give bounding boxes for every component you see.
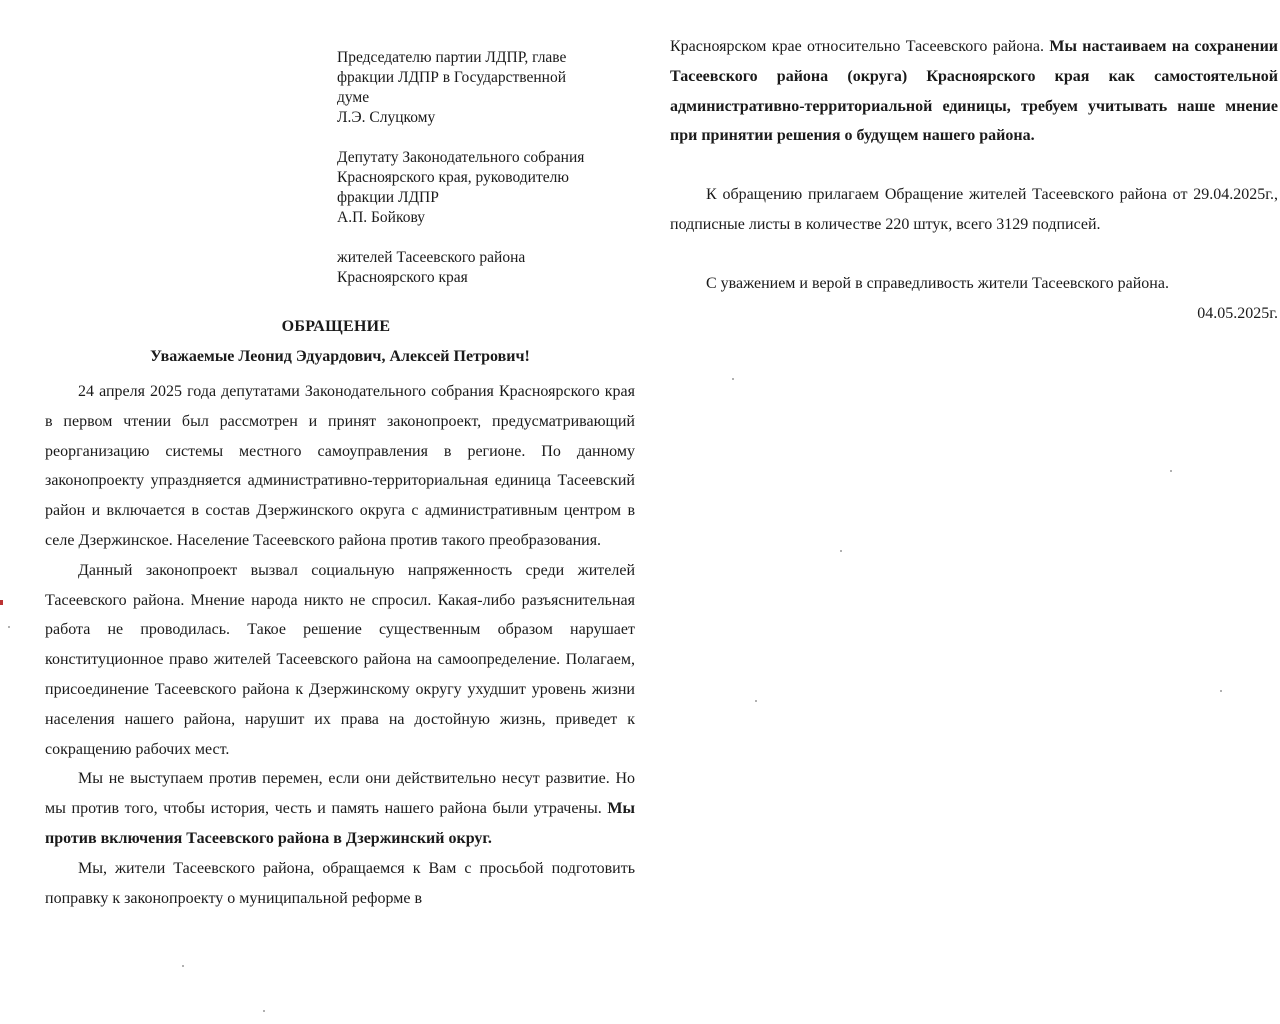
paragraph-4: Мы, жители Тасеевского района, обращаемс… [45, 854, 635, 914]
sender: жителей Тасеевского района Красноярского… [337, 248, 637, 288]
scan-speck [8, 626, 10, 628]
paragraph-1: 24 апреля 2025 года депутатами Законодат… [45, 377, 635, 556]
paragraph-3: Мы не выступаем против перемен, если они… [45, 764, 635, 853]
salutation: Уважаемые Леонид Эдуардович, Алексей Пет… [0, 348, 680, 366]
paragraph-3-text: Мы не выступаем против перемен, если они… [45, 770, 635, 817]
letter-body-left: 24 апреля 2025 года депутатами Законодат… [45, 377, 635, 913]
attachment-paragraph: К обращению прилагаем Обращение жителей … [670, 180, 1278, 240]
addressee-line: Председателю партии ЛДПР, главе [337, 48, 637, 68]
right-page: Красноярском крае относительно Тасеевско… [650, 0, 1280, 1024]
closing-line: С уважением и верой в справедливость жит… [670, 269, 1278, 299]
addressee-line: Л.Э. Слуцкому [337, 108, 637, 128]
left-page: Председателю партии ЛДПР, главе фракции … [0, 0, 650, 1024]
scan-speck [840, 550, 842, 552]
continuation-text: Красноярском крае относительно Тасеевско… [670, 38, 1049, 55]
sender-line: жителей Тасеевского района [337, 248, 637, 268]
recipient-boykov: Депутату Законодательного собрания Красн… [337, 148, 637, 228]
scan-mark [0, 600, 3, 605]
scan-speck [1220, 690, 1222, 692]
addressee-line: А.П. Бойкову [337, 208, 637, 228]
sender-line: Красноярского края [337, 268, 637, 288]
continuation-paragraph: Красноярском крае относительно Тасеевско… [670, 32, 1278, 151]
scan-speck [182, 965, 184, 967]
scan-speck [732, 378, 734, 380]
paragraph-2: Данный законопроект вызвал социальную на… [45, 556, 635, 765]
document-title: ОБРАЩЕНИЕ [0, 318, 672, 336]
addressee-line: Депутату Законодательного собрания [337, 148, 637, 168]
letter-body-right: Красноярском крае относительно Тасеевско… [670, 32, 1278, 328]
addressee-line: Красноярского края, руководителю [337, 168, 637, 188]
addressee-line: фракции ЛДПР в Государственной [337, 68, 637, 88]
letter-date: 04.05.2025г. [670, 299, 1278, 329]
addressee-line: думе [337, 88, 637, 108]
scan-speck [1170, 470, 1172, 472]
addressee-block: Председателю партии ЛДПР, главе фракции … [337, 48, 637, 308]
scan-speck [263, 1010, 265, 1012]
addressee-line: фракции ЛДПР [337, 188, 637, 208]
scan-speck [755, 700, 757, 702]
recipient-slutsky: Председателю партии ЛДПР, главе фракции … [337, 48, 637, 128]
